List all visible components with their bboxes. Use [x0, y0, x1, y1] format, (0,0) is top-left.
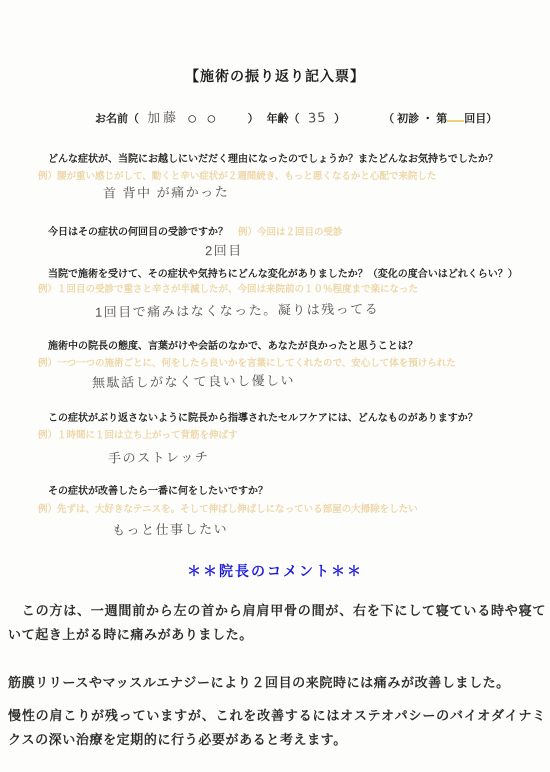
treatment-review-form-page: 【施術の振り返り記入票】 お名前（加藤○○）年齢（35）（ 初診 ・ 第回目） …: [0, 0, 550, 772]
age-label: 年齢（: [267, 113, 300, 125]
question-1-example: 例）腰が重い感じがして、動くと辛い症状が２週間続き、もっと悪くなるかと心配で来院…: [38, 168, 436, 182]
question-4-example: 例）一つ一つの施術ごとに、何をしたら良いかを言葉にしてくれたので、安心して体を預…: [38, 355, 456, 369]
visit-count-suffix: 回目）: [464, 113, 497, 125]
name-age-visit-row: お名前（加藤○○）年齢（35）（ 初診 ・ 第回目）: [95, 107, 497, 129]
question-2-text: 今日はその症状の何回目の受診ですか？: [48, 223, 228, 238]
name-handwritten-value: 加藤: [147, 106, 180, 126]
visit-count-prefix: （ 初診 ・ 第: [383, 113, 447, 125]
director-comment-paragraph-3: 慢性の肩こりが残っていますが、これを改善するにはオステオパシーのバイオダイナミク…: [8, 704, 546, 752]
age-paren-close: ）: [334, 113, 345, 125]
question-6-handwritten-answer: もっと仕事したい: [112, 518, 228, 538]
question-1-text: どんな症状が、当院にお越しにいだだく理由になったのでしょうか？またどんなお気持ち…: [48, 150, 498, 165]
question-1-handwritten-answer: 首 背中 が痛かった: [103, 181, 229, 202]
question-6-text: その症状が改善したら一番に何をしたいですか？: [48, 482, 268, 497]
director-comment-paragraph-2: 筋膜リリースやマッスルエナジーにより２回目の来院時には痛みが改善しました。: [8, 671, 546, 695]
age-handwritten-value: 35: [307, 111, 326, 127]
question-5-example: 例）１時間に１回は立ち上がって背筋を伸ばす: [38, 427, 238, 441]
name-paren-close: ）: [248, 113, 259, 125]
question-4-handwritten-answer: 無駄話しがなくて良いし優しい: [92, 370, 295, 391]
question-5-handwritten-answer: 手のストレッチ: [108, 446, 210, 466]
question-5-text: この症状がぶり返さないように院長から指導されたセルフケアには、どんなものがありま…: [48, 409, 478, 424]
anonymized-name-circles: ○○: [187, 109, 226, 128]
question-3-text: 当院で施術を受けて、その症状や気持ちにどんな変化がありましたか？（変化の度合いは…: [48, 265, 518, 280]
question-2-example: 例）今回は２回目の受診: [238, 224, 343, 238]
question-4-text: 施術中の院長の態度、言葉がけや会話のなかで、あなたが良かったと思うことは？: [48, 337, 418, 352]
form-title: 【施術の振り返り記入票】: [0, 66, 550, 86]
question-3-handwritten-answer: 1回目で痛みはなくなった。凝りは残ってる: [95, 298, 379, 320]
question-2-handwritten-answer: 2回目: [205, 240, 243, 259]
name-label: お名前（: [95, 113, 139, 125]
visit-count-blank-underline: [447, 110, 464, 122]
question-3-example: 例）１回目の受診で重さと辛さが半減したが、今回は来院前の１０％程度まで楽になった: [38, 281, 418, 295]
question-6-example: 例）先ずは、大好きなテニスを。そして伸ばし伸ばしになっている部屋の大掃除をしたい: [38, 501, 418, 515]
director-comment-paragraph-1: この方は、一週間前から左の首から肩肩甲骨の間が、右を下にして寝ている時や寝ていて…: [8, 599, 546, 647]
director-comment-header: ＊＊院長のコメント＊＊: [0, 561, 550, 581]
